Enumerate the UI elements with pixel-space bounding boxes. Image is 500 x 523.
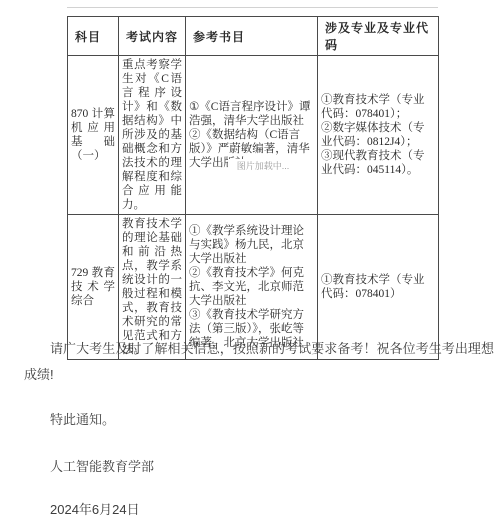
image-loading-placeholder-text: 图片加载中... [228, 159, 298, 172]
majors-870-cell: ①教育技术学（专业代码：078401）； ②数字媒体技术（专业代码：0812J4… [318, 56, 439, 215]
reference-books-870-cell: ①《C语言程序设计》谭浩强，清华大学出版社 ②《数据结构（C语言版）》严蔚敏编著… [186, 56, 318, 215]
header-majors-codes: 涉及专业及专业代码 [318, 17, 439, 56]
exam-subjects-table: 科目 考试内容 参考书目 涉及专业及专业代码 870 计算机应用基础（一） 重点… [67, 16, 439, 360]
subject-870-cell: 870 计算机应用基础（一） [68, 56, 119, 215]
cropped-table-edge-artifact [67, 7, 438, 8]
table-row: 870 计算机应用基础（一） 重点考察学生对《C语言程序设计》和《数据结构》中所… [68, 56, 439, 215]
header-subject: 科目 [68, 17, 119, 56]
notice-closing: 特此通知。 [24, 407, 494, 433]
table-header-row: 科目 考试内容 参考书目 涉及专业及专业代码 [68, 17, 439, 56]
notice-signature: 人工智能教育学部 [24, 454, 494, 480]
notice-document: 科目 考试内容 参考书目 涉及专业及专业代码 870 计算机应用基础（一） 重点… [0, 0, 500, 523]
header-exam-content: 考试内容 [119, 17, 186, 56]
exam-content-870-cell: 重点考察学生对《C语言程序设计》和《数据结构》中所涉及的基础概念和方法技术的理解… [119, 56, 186, 215]
notice-date: 2024年6月24日 [24, 497, 494, 523]
header-reference-books: 参考书目 [186, 17, 318, 56]
notice-paragraph: 请广大考生及时了解相关信息，按照新的考试要求备考！祝各位考生考出理想成绩! [24, 336, 494, 388]
